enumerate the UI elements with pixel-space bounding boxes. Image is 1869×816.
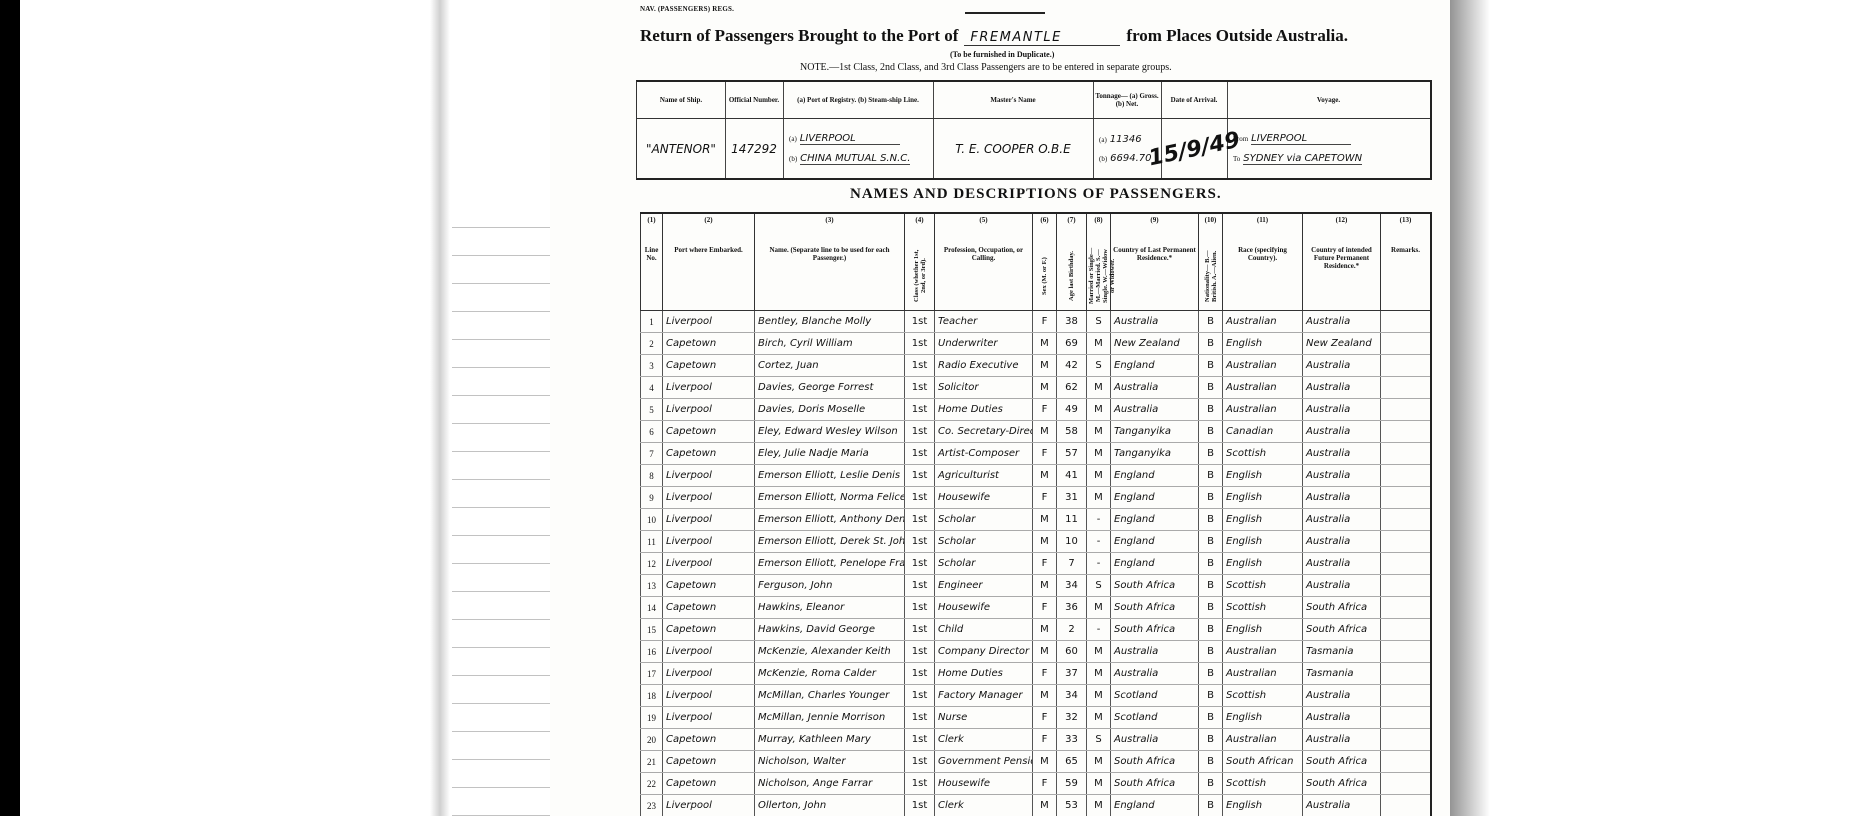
cell-age: 37 bbox=[1057, 663, 1087, 685]
cell-race: English bbox=[1223, 333, 1303, 355]
column-header: (9)Country of Last Permanent Residence.* bbox=[1111, 213, 1199, 311]
cell-race: Scottish bbox=[1223, 597, 1303, 619]
cell-status: M bbox=[1087, 641, 1111, 663]
cell-line: 8 bbox=[641, 465, 663, 487]
column-number: (4) bbox=[906, 216, 933, 224]
cell-line: 18 bbox=[641, 685, 663, 707]
cell-last-res: England bbox=[1111, 465, 1199, 487]
cell-line: 20 bbox=[641, 729, 663, 751]
column-number: (12) bbox=[1304, 216, 1379, 224]
cell-future-res: Tasmania bbox=[1303, 641, 1381, 663]
cell-remarks bbox=[1381, 355, 1431, 377]
cell-nat: B bbox=[1199, 443, 1223, 465]
cell-sex: F bbox=[1033, 443, 1057, 465]
cell-remarks bbox=[1381, 795, 1431, 816]
column-label: Remarks. bbox=[1391, 246, 1420, 254]
cell-nat: B bbox=[1199, 773, 1223, 795]
cell-line: 19 bbox=[641, 707, 663, 729]
cell-line: 6 bbox=[641, 421, 663, 443]
cell-status: M bbox=[1087, 399, 1111, 421]
cell-race: English bbox=[1223, 487, 1303, 509]
cell-occupation: Clerk bbox=[935, 795, 1033, 816]
cell-line: 21 bbox=[641, 751, 663, 773]
cell-race: Australian bbox=[1223, 311, 1303, 333]
cell-occupation: Housewife bbox=[935, 597, 1033, 619]
cell-remarks bbox=[1381, 685, 1431, 707]
cell-age: 69 bbox=[1057, 333, 1087, 355]
cell-name: Nicholson, Ange Farrar bbox=[755, 773, 905, 795]
cell-line: 15 bbox=[641, 619, 663, 641]
cell-future-res: Australia bbox=[1303, 355, 1381, 377]
ship-details-box: Name of Ship. "ANTENOR" Official Number.… bbox=[636, 80, 1432, 180]
column-label: Country of intended Future Permanent Res… bbox=[1311, 246, 1372, 270]
cell-age: 34 bbox=[1057, 685, 1087, 707]
cell-port: Capetown bbox=[663, 773, 755, 795]
cell-age: 53 bbox=[1057, 795, 1087, 816]
cell-sex: M bbox=[1033, 465, 1057, 487]
cell-last-res: Australia bbox=[1111, 399, 1199, 421]
cell-race: Scottish bbox=[1223, 443, 1303, 465]
cell-line: 10 bbox=[641, 509, 663, 531]
cell-remarks bbox=[1381, 597, 1431, 619]
cell-status: S bbox=[1087, 575, 1111, 597]
voyage-to: SYDNEY via CAPETOWN bbox=[1243, 153, 1362, 165]
cell-class: 1st bbox=[905, 443, 935, 465]
cell-future-res: Australia bbox=[1303, 421, 1381, 443]
column-label: Line No. bbox=[645, 246, 659, 262]
column-header: (13)Remarks. bbox=[1381, 213, 1431, 311]
cell-nat: B bbox=[1199, 311, 1223, 333]
cell-sex: M bbox=[1033, 333, 1057, 355]
cell-occupation: Radio Executive bbox=[935, 355, 1033, 377]
cell-class: 1st bbox=[905, 641, 935, 663]
cell-occupation: Scholar bbox=[935, 553, 1033, 575]
column-header-row: (1)Line No.(2)Port where Embarked.(3)Nam… bbox=[641, 213, 1431, 311]
cell-port: Liverpool bbox=[663, 553, 755, 575]
cell-name: Emerson Elliott, Leslie Denis bbox=[755, 465, 905, 487]
column-number: (8) bbox=[1088, 216, 1109, 224]
cell-status: M bbox=[1087, 663, 1111, 685]
tonnage-header: Tonnage— (a) Gross. (b) Net. bbox=[1093, 82, 1161, 119]
cell-class: 1st bbox=[905, 663, 935, 685]
cell-last-res: Scotland bbox=[1111, 685, 1199, 707]
cell-name: Davies, George Forrest bbox=[755, 377, 905, 399]
cell-age: 10 bbox=[1057, 531, 1087, 553]
column-header: (8)Married or Single— M.—Married. S.—Sin… bbox=[1087, 213, 1111, 311]
table-row: 15CapetownHawkins, David George1stChildM… bbox=[641, 619, 1431, 641]
class-note: NOTE.—1st Class, 2nd Class, and 3rd Clas… bbox=[800, 62, 1172, 73]
cell-port: Liverpool bbox=[663, 465, 755, 487]
cell-occupation: Home Duties bbox=[935, 663, 1033, 685]
cell-last-res: Australia bbox=[1111, 729, 1199, 751]
column-number: (13) bbox=[1382, 216, 1429, 224]
cell-age: 49 bbox=[1057, 399, 1087, 421]
column-header: (12)Country of intended Future Permanent… bbox=[1303, 213, 1381, 311]
column-number: (1) bbox=[642, 216, 661, 224]
cell-last-res: South Africa bbox=[1111, 575, 1199, 597]
cell-port: Liverpool bbox=[663, 509, 755, 531]
cell-remarks bbox=[1381, 773, 1431, 795]
cell-last-res: Australia bbox=[1111, 663, 1199, 685]
arrival-col: Date of Arrival. 15/9/49 bbox=[1161, 82, 1228, 178]
cell-remarks bbox=[1381, 663, 1431, 685]
official-number-col: Official Number. 147292 bbox=[725, 82, 784, 178]
cell-name: Hawkins, Eleanor bbox=[755, 597, 905, 619]
voyage-col: Voyage. FromLIVERPOOL ToSYDNEY via CAPET… bbox=[1227, 82, 1430, 178]
cell-future-res: Tasmania bbox=[1303, 663, 1381, 685]
cell-status: - bbox=[1087, 619, 1111, 641]
table-row: 14CapetownHawkins, Eleanor1stHousewifeF3… bbox=[641, 597, 1431, 619]
cell-class: 1st bbox=[905, 729, 935, 751]
cell-age: 42 bbox=[1057, 355, 1087, 377]
cell-sex: F bbox=[1033, 311, 1057, 333]
cell-remarks bbox=[1381, 707, 1431, 729]
master-name: T. E. COOPER O.B.E bbox=[933, 120, 1093, 178]
cell-nat: B bbox=[1199, 465, 1223, 487]
cell-last-res: England bbox=[1111, 553, 1199, 575]
cell-nat: B bbox=[1199, 487, 1223, 509]
cell-race: Scottish bbox=[1223, 685, 1303, 707]
cell-nat: B bbox=[1199, 685, 1223, 707]
form-title: Return of Passengers Brought to the Port… bbox=[640, 26, 1420, 46]
cell-sex: M bbox=[1033, 531, 1057, 553]
cell-last-res: Tanganyika bbox=[1111, 443, 1199, 465]
column-number: (6) bbox=[1034, 216, 1055, 224]
table-row: 8LiverpoolEmerson Elliott, Leslie Denis1… bbox=[641, 465, 1431, 487]
cell-line: 23 bbox=[641, 795, 663, 816]
cell-remarks bbox=[1381, 751, 1431, 773]
cell-race: Canadian bbox=[1223, 421, 1303, 443]
ship-name-header: Name of Ship. bbox=[637, 82, 725, 119]
cell-class: 1st bbox=[905, 355, 935, 377]
cell-sex: M bbox=[1033, 619, 1057, 641]
column-number: (7) bbox=[1058, 216, 1085, 224]
cell-name: Emerson Elliott, Penelope Frances bbox=[755, 553, 905, 575]
cell-nat: B bbox=[1199, 751, 1223, 773]
column-header: (6)Sex (M. or F.) bbox=[1033, 213, 1057, 311]
cell-future-res: Australia bbox=[1303, 531, 1381, 553]
cell-occupation: Scholar bbox=[935, 509, 1033, 531]
table-row: 16LiverpoolMcKenzie, Alexander Keith1stC… bbox=[641, 641, 1431, 663]
cell-port: Liverpool bbox=[663, 685, 755, 707]
cell-name: Bentley, Blanche Molly bbox=[755, 311, 905, 333]
column-label: Age last Birthday. bbox=[1068, 246, 1075, 306]
cell-name: Nicholson, Walter bbox=[755, 751, 905, 773]
cell-future-res: Australia bbox=[1303, 509, 1381, 531]
title-prefix: Return of Passengers Brought to the Port… bbox=[640, 26, 958, 46]
cell-line: 3 bbox=[641, 355, 663, 377]
page-spine-shadow bbox=[430, 0, 450, 816]
ship-name-col: Name of Ship. "ANTENOR" bbox=[637, 82, 726, 178]
cell-class: 1st bbox=[905, 751, 935, 773]
cell-future-res: South Africa bbox=[1303, 619, 1381, 641]
port-of-arrival: FREMANTLE bbox=[964, 30, 1120, 46]
cell-class: 1st bbox=[905, 685, 935, 707]
cell-future-res: Australia bbox=[1303, 795, 1381, 816]
column-header: (1)Line No. bbox=[641, 213, 663, 311]
cell-nat: B bbox=[1199, 421, 1223, 443]
cell-occupation: Child bbox=[935, 619, 1033, 641]
cell-status: S bbox=[1087, 355, 1111, 377]
table-row: 2CapetownBirch, Cyril William1stUnderwri… bbox=[641, 333, 1431, 355]
cell-last-res: South Africa bbox=[1111, 773, 1199, 795]
master-col: Master's Name T. E. COOPER O.B.E bbox=[933, 82, 1094, 178]
passenger-table: (1)Line No.(2)Port where Embarked.(3)Nam… bbox=[640, 212, 1431, 816]
cell-age: 38 bbox=[1057, 311, 1087, 333]
cell-occupation: Home Duties bbox=[935, 399, 1033, 421]
page-edge-shadow bbox=[1450, 0, 1490, 816]
arrival-header: Date of Arrival. bbox=[1161, 82, 1227, 119]
cell-sex: M bbox=[1033, 685, 1057, 707]
cell-remarks bbox=[1381, 729, 1431, 751]
cell-age: 60 bbox=[1057, 641, 1087, 663]
cell-name: Ollerton, John bbox=[755, 795, 905, 816]
cell-race: Scottish bbox=[1223, 773, 1303, 795]
cell-class: 1st bbox=[905, 575, 935, 597]
cell-age: 57 bbox=[1057, 443, 1087, 465]
cell-name: McMillan, Jennie Morrison bbox=[755, 707, 905, 729]
cell-sex: M bbox=[1033, 751, 1057, 773]
cell-name: McMillan, Charles Younger bbox=[755, 685, 905, 707]
cell-port: Liverpool bbox=[663, 399, 755, 421]
cell-race: Australian bbox=[1223, 355, 1303, 377]
port-of-registry: LIVERPOOL bbox=[800, 133, 900, 145]
column-label: Name. (Separate line to be used for each… bbox=[769, 246, 889, 262]
cell-occupation: Scholar bbox=[935, 531, 1033, 553]
cell-sex: F bbox=[1033, 399, 1057, 421]
cell-name: Eley, Julie Nadje Maria bbox=[755, 443, 905, 465]
cell-remarks bbox=[1381, 443, 1431, 465]
cell-future-res: South Africa bbox=[1303, 751, 1381, 773]
column-header: (3)Name. (Separate line to be used for e… bbox=[755, 213, 905, 311]
cell-status: S bbox=[1087, 311, 1111, 333]
cell-future-res: Australia bbox=[1303, 377, 1381, 399]
cell-future-res: South Africa bbox=[1303, 597, 1381, 619]
cell-status: M bbox=[1087, 443, 1111, 465]
cell-name: Ferguson, John bbox=[755, 575, 905, 597]
cell-remarks bbox=[1381, 333, 1431, 355]
cell-sex: M bbox=[1033, 355, 1057, 377]
cell-age: 36 bbox=[1057, 597, 1087, 619]
cell-remarks bbox=[1381, 619, 1431, 641]
cell-last-res: Scotland bbox=[1111, 707, 1199, 729]
cell-nat: B bbox=[1199, 553, 1223, 575]
cell-remarks bbox=[1381, 509, 1431, 531]
cell-age: 58 bbox=[1057, 421, 1087, 443]
cell-age: 59 bbox=[1057, 773, 1087, 795]
table-row: 5LiverpoolDavies, Doris Moselle1stHome D… bbox=[641, 399, 1431, 421]
cell-status: M bbox=[1087, 795, 1111, 816]
cell-occupation: Artist-Composer bbox=[935, 443, 1033, 465]
official-number: 147292 bbox=[725, 120, 783, 178]
table-row: 21CapetownNicholson, Walter1stGovernment… bbox=[641, 751, 1431, 773]
cell-status: M bbox=[1087, 421, 1111, 443]
cell-race: English bbox=[1223, 465, 1303, 487]
master-header: Master's Name bbox=[933, 82, 1093, 119]
cell-future-res: Australia bbox=[1303, 729, 1381, 751]
cell-status: M bbox=[1087, 487, 1111, 509]
table-row: 4LiverpoolDavies, George Forrest1stSolic… bbox=[641, 377, 1431, 399]
cell-status: M bbox=[1087, 333, 1111, 355]
steamship-line: CHINA MUTUAL S.N.C. bbox=[800, 153, 910, 165]
table-row: 1LiverpoolBentley, Blanche Molly1stTeach… bbox=[641, 311, 1431, 333]
cell-status: M bbox=[1087, 773, 1111, 795]
column-label: Sex (M. or F.) bbox=[1041, 246, 1048, 306]
column-header: (2)Port where Embarked. bbox=[663, 213, 755, 311]
cell-nat: B bbox=[1199, 707, 1223, 729]
cell-race: English bbox=[1223, 795, 1303, 816]
cell-race: English bbox=[1223, 509, 1303, 531]
column-header: (4)Class (whether 1st, 2nd, or 3rd). bbox=[905, 213, 935, 311]
cell-port: Liverpool bbox=[663, 311, 755, 333]
cell-port: Liverpool bbox=[663, 531, 755, 553]
title-suffix: from Places Outside Australia. bbox=[1126, 26, 1348, 46]
cell-class: 1st bbox=[905, 531, 935, 553]
cell-future-res: South Africa bbox=[1303, 773, 1381, 795]
cell-future-res: Australia bbox=[1303, 575, 1381, 597]
column-label: Country of Last Permanent Residence.* bbox=[1113, 246, 1196, 262]
column-label: Profession, Occupation, or Calling. bbox=[944, 246, 1023, 262]
cell-occupation: Agriculturist bbox=[935, 465, 1033, 487]
cell-class: 1st bbox=[905, 795, 935, 816]
cell-status: - bbox=[1087, 553, 1111, 575]
cell-status: - bbox=[1087, 531, 1111, 553]
cell-status: M bbox=[1087, 597, 1111, 619]
cell-nat: B bbox=[1199, 399, 1223, 421]
scan-border-left bbox=[0, 0, 20, 816]
cell-race: English bbox=[1223, 707, 1303, 729]
cell-occupation: Co. Secretary-Director bbox=[935, 421, 1033, 443]
cell-sex: M bbox=[1033, 795, 1057, 816]
cell-port: Capetown bbox=[663, 421, 755, 443]
cell-line: 11 bbox=[641, 531, 663, 553]
cell-name: McKenzie, Roma Calder bbox=[755, 663, 905, 685]
voyage-header: Voyage. bbox=[1227, 82, 1430, 119]
cell-nat: B bbox=[1199, 531, 1223, 553]
cell-age: 41 bbox=[1057, 465, 1087, 487]
cell-race: English bbox=[1223, 553, 1303, 575]
cell-port: Liverpool bbox=[663, 707, 755, 729]
cell-remarks bbox=[1381, 487, 1431, 509]
cell-class: 1st bbox=[905, 707, 935, 729]
cell-port: Capetown bbox=[663, 575, 755, 597]
cell-sex: F bbox=[1033, 553, 1057, 575]
cell-last-res: South Africa bbox=[1111, 751, 1199, 773]
ship-name: "ANTENOR" bbox=[637, 120, 725, 178]
cell-last-res: England bbox=[1111, 487, 1199, 509]
cell-last-res: South Africa bbox=[1111, 619, 1199, 641]
cell-race: Australian bbox=[1223, 663, 1303, 685]
cell-remarks bbox=[1381, 399, 1431, 421]
cell-future-res: Australia bbox=[1303, 399, 1381, 421]
cell-future-res: Australia bbox=[1303, 487, 1381, 509]
cell-sex: M bbox=[1033, 421, 1057, 443]
column-number: (9) bbox=[1112, 216, 1197, 224]
cell-sex: F bbox=[1033, 597, 1057, 619]
table-row: 23LiverpoolOllerton, John1stClerkM53MEng… bbox=[641, 795, 1431, 816]
cell-sex: F bbox=[1033, 663, 1057, 685]
cell-class: 1st bbox=[905, 619, 935, 641]
cell-occupation: Company Director bbox=[935, 641, 1033, 663]
cell-line: 4 bbox=[641, 377, 663, 399]
cell-class: 1st bbox=[905, 399, 935, 421]
cell-sex: M bbox=[1033, 377, 1057, 399]
cell-class: 1st bbox=[905, 509, 935, 531]
cell-sex: M bbox=[1033, 641, 1057, 663]
column-label: Class (whether 1st, 2nd, or 3rd). bbox=[913, 246, 927, 306]
cell-status: M bbox=[1087, 685, 1111, 707]
cell-race: English bbox=[1223, 619, 1303, 641]
cell-class: 1st bbox=[905, 377, 935, 399]
cell-race: English bbox=[1223, 531, 1303, 553]
cell-status: M bbox=[1087, 377, 1111, 399]
cell-line: 5 bbox=[641, 399, 663, 421]
cell-race: Australian bbox=[1223, 729, 1303, 751]
cell-class: 1st bbox=[905, 597, 935, 619]
column-number: (10) bbox=[1200, 216, 1221, 224]
cell-port: Liverpool bbox=[663, 487, 755, 509]
cell-class: 1st bbox=[905, 333, 935, 355]
table-right-border bbox=[1430, 212, 1432, 816]
cell-age: 11 bbox=[1057, 509, 1087, 531]
cell-class: 1st bbox=[905, 311, 935, 333]
cell-line: 12 bbox=[641, 553, 663, 575]
cell-nat: B bbox=[1199, 597, 1223, 619]
cell-name: Hawkins, David George bbox=[755, 619, 905, 641]
cell-nat: B bbox=[1199, 575, 1223, 597]
voyage-from: LIVERPOOL bbox=[1251, 133, 1351, 145]
cell-age: 31 bbox=[1057, 487, 1087, 509]
cell-sex: F bbox=[1033, 729, 1057, 751]
cell-race: Australian bbox=[1223, 377, 1303, 399]
cell-line: 14 bbox=[641, 597, 663, 619]
cell-occupation: Engineer bbox=[935, 575, 1033, 597]
cell-remarks bbox=[1381, 553, 1431, 575]
table-row: 20CapetownMurray, Kathleen Mary1stClerkF… bbox=[641, 729, 1431, 751]
cell-name: Eley, Edward Wesley Wilson bbox=[755, 421, 905, 443]
table-row: 17LiverpoolMcKenzie, Roma Calder1stHome … bbox=[641, 663, 1431, 685]
cell-class: 1st bbox=[905, 421, 935, 443]
cell-future-res: Australia bbox=[1303, 465, 1381, 487]
cell-last-res: Australia bbox=[1111, 377, 1199, 399]
cell-nat: B bbox=[1199, 729, 1223, 751]
table-row: 19LiverpoolMcMillan, Jennie Morrison1stN… bbox=[641, 707, 1431, 729]
facing-page-rules bbox=[452, 200, 552, 816]
cell-future-res: Australia bbox=[1303, 311, 1381, 333]
cell-name: McKenzie, Alexander Keith bbox=[755, 641, 905, 663]
cell-future-res: New Zealand bbox=[1303, 333, 1381, 355]
cell-occupation: Teacher bbox=[935, 311, 1033, 333]
cell-race: Australian bbox=[1223, 641, 1303, 663]
cell-port: Liverpool bbox=[663, 641, 755, 663]
cell-port: Capetown bbox=[663, 597, 755, 619]
cell-remarks bbox=[1381, 465, 1431, 487]
passenger-rows: 1LiverpoolBentley, Blanche Molly1stTeach… bbox=[641, 311, 1431, 816]
cell-age: 2 bbox=[1057, 619, 1087, 641]
cell-status: - bbox=[1087, 509, 1111, 531]
cell-age: 32 bbox=[1057, 707, 1087, 729]
table-row: 6CapetownEley, Edward Wesley Wilson1stCo… bbox=[641, 421, 1431, 443]
cell-nat: B bbox=[1199, 355, 1223, 377]
column-header: (5)Profession, Occupation, or Calling. bbox=[935, 213, 1033, 311]
column-label: Married or Single— M.—Married. S.—Single… bbox=[1088, 246, 1116, 306]
column-label: Nationality— B.—British. A.—Alien. bbox=[1204, 246, 1218, 306]
cell-nat: B bbox=[1199, 377, 1223, 399]
table-row: 11LiverpoolEmerson Elliott, Derek St. Jo… bbox=[641, 531, 1431, 553]
cell-last-res: England bbox=[1111, 795, 1199, 816]
column-number: (3) bbox=[756, 216, 903, 224]
cell-status: M bbox=[1087, 465, 1111, 487]
